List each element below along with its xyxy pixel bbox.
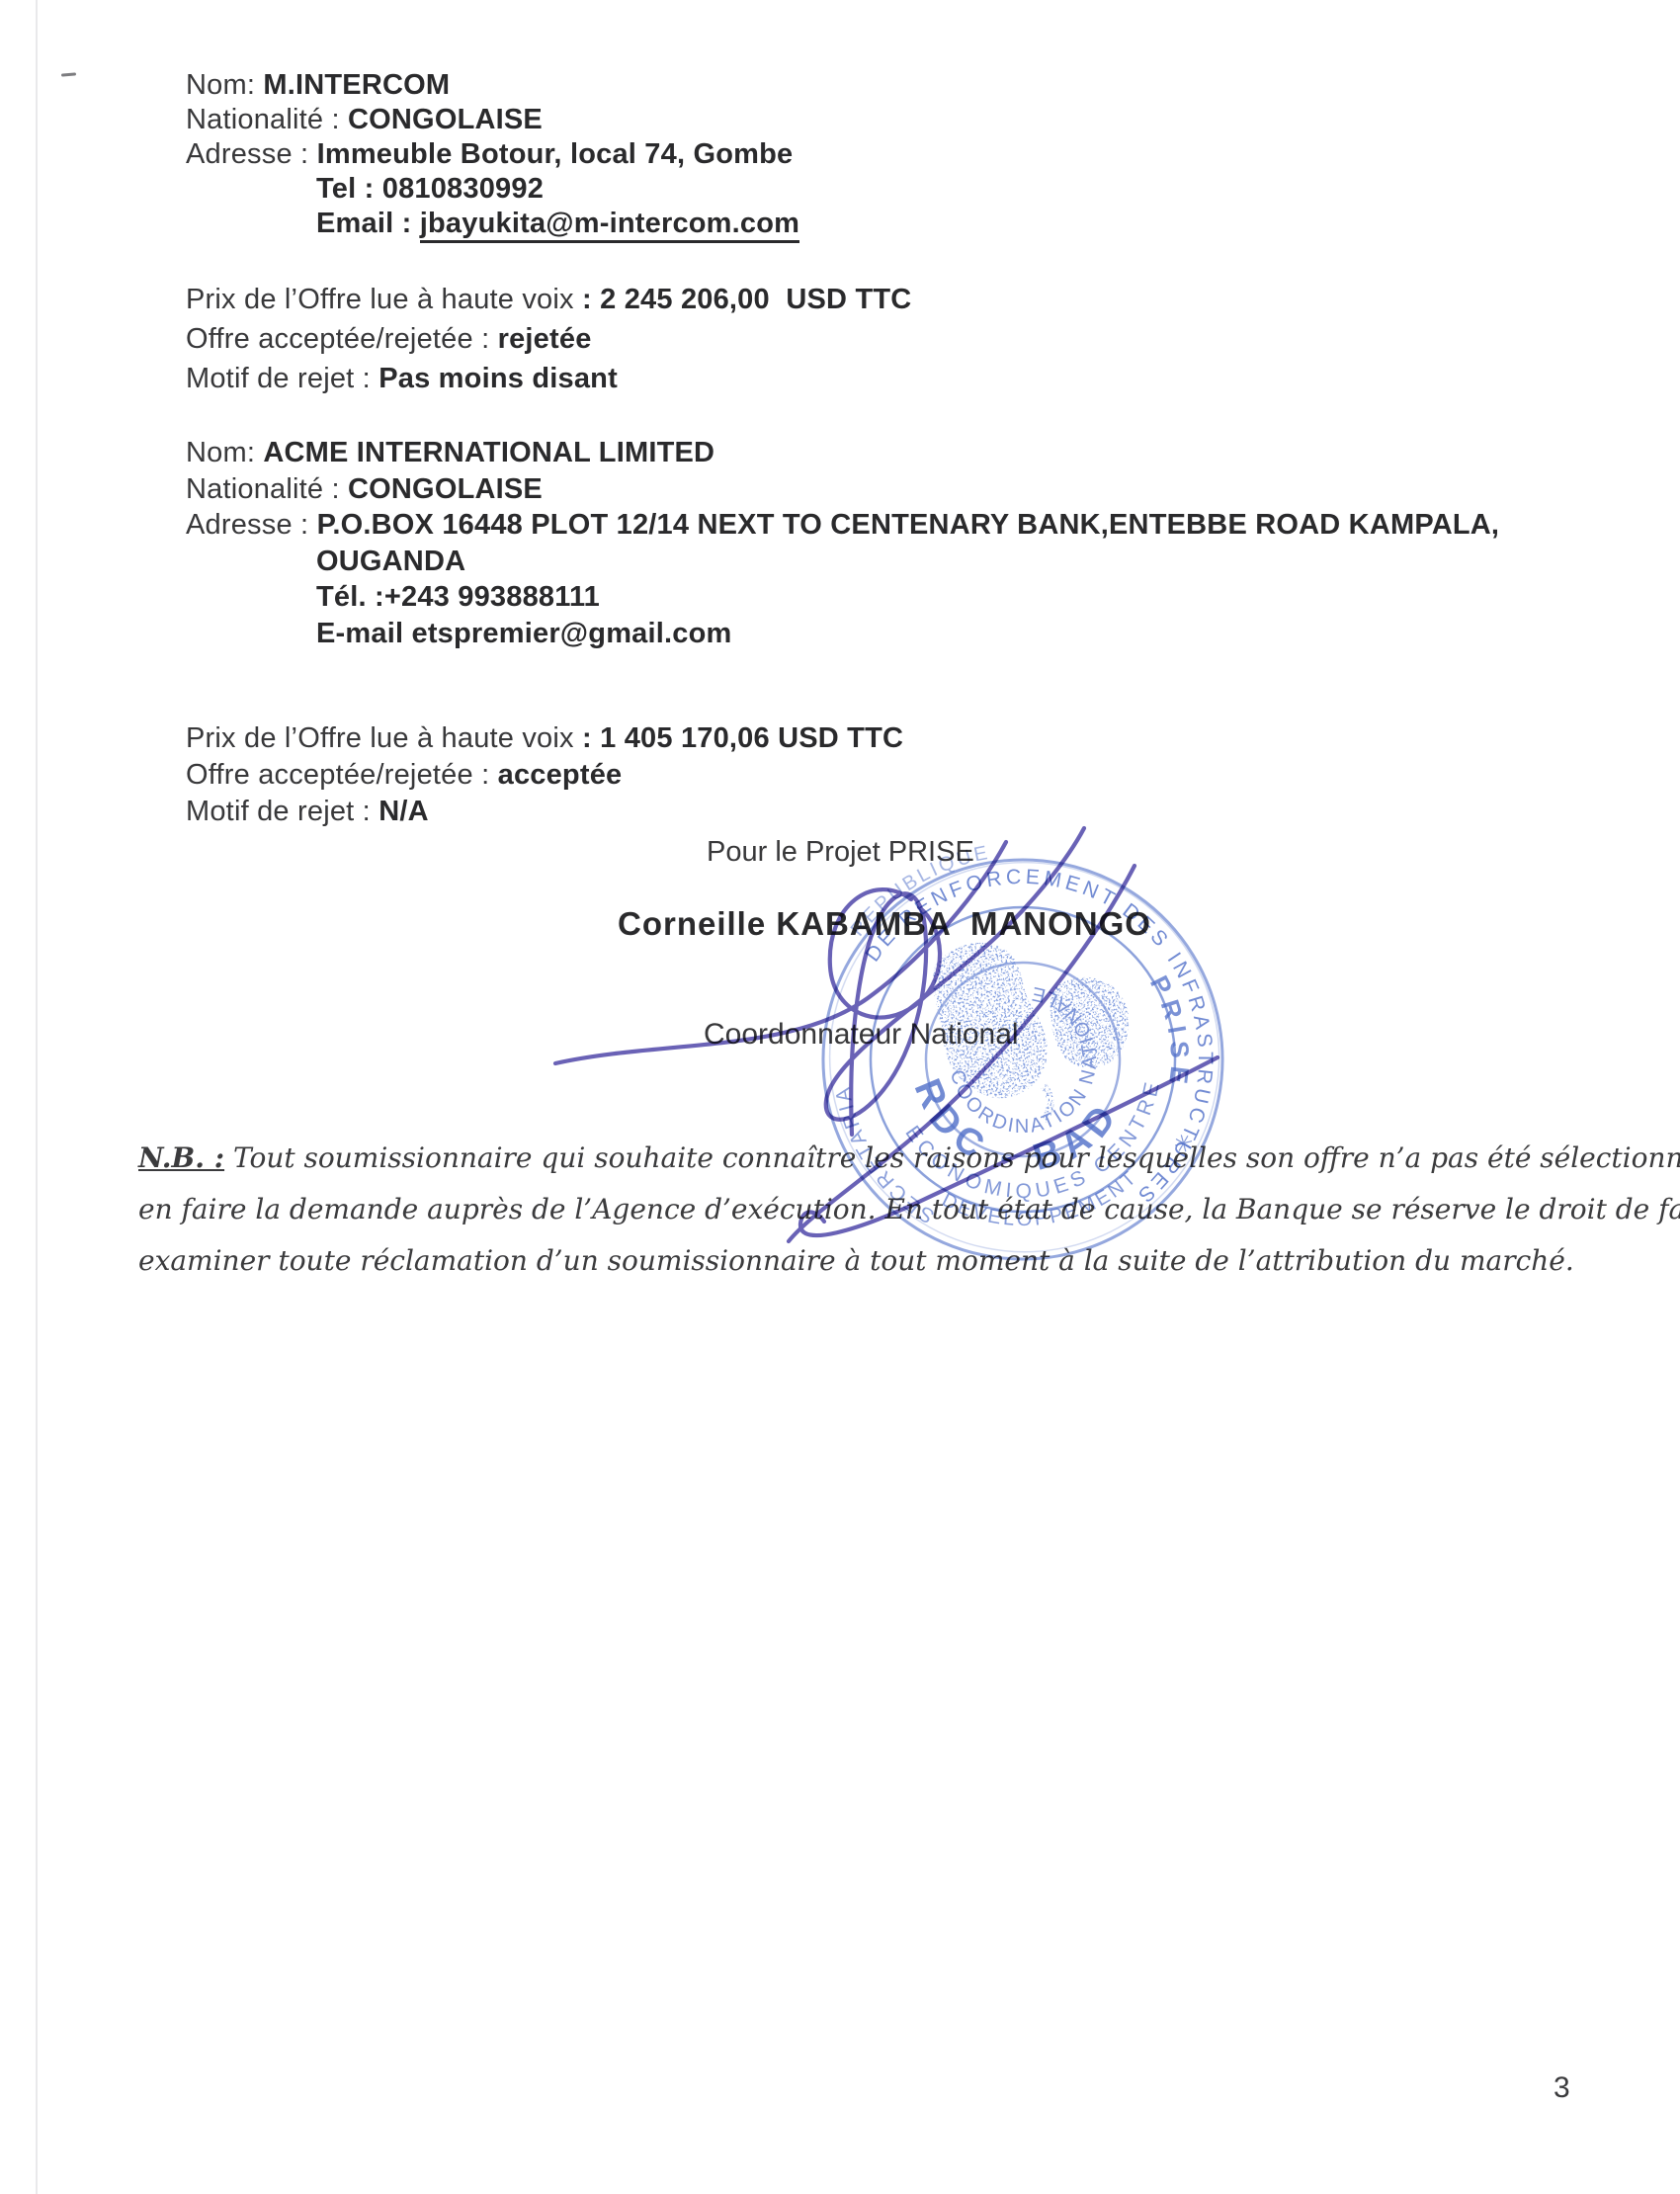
bidder1-reject-line: Motif de rejet : Pas moins disant: [186, 359, 911, 398]
scan-artifact-line: [36, 0, 38, 2194]
bidder1-decision-line: Offre acceptée/rejetée : rejetée: [186, 319, 911, 359]
nationality-value: CONGOLAISE: [348, 473, 543, 505]
address-value2: OUGANDA: [316, 546, 465, 577]
signature-stroke: [800, 1057, 1218, 1235]
nationality-label: Nationalité :: [186, 473, 340, 505]
name-value: ACME INTERNATIONAL LIMITED: [263, 437, 714, 468]
tel-value: +243 993888111: [384, 581, 600, 613]
price-label: Prix de l’Offre lue à haute voix: [186, 722, 574, 754]
bidder2-address-line2: OUGANDA: [316, 544, 1499, 580]
address-value: P.O.BOX 16448 PLOT 12/14 NEXT TO CENTENA…: [317, 509, 1500, 541]
signature-stroke: [826, 828, 1084, 1135]
price-label: Prix de l’Offre lue à haute voix: [186, 284, 574, 315]
signature-stroke: [789, 866, 1134, 1241]
email-value: etspremier@gmail.com: [412, 618, 732, 649]
decision-label: Offre acceptée/rejetée :: [186, 323, 489, 355]
bidder2-address-line: Adresse : P.O.BOX 16448 PLOT 12/14 NEXT …: [186, 507, 1499, 544]
tel-label: Tel :: [316, 173, 374, 205]
bidder2-decision-line: Offre acceptée/rejetée : acceptée: [186, 757, 903, 794]
page-number: 3: [1554, 2071, 1570, 2105]
bidder1-identity-block: Nom: M.INTERCOM Nationalité : CONGOLAISE…: [186, 68, 799, 241]
nationality-label: Nationalité :: [186, 104, 340, 135]
scanned-document-page: Nom: M.INTERCOM Nationalité : CONGOLAISE…: [0, 0, 1680, 2194]
price-value: : 2 245 206,00 USD TTC: [582, 284, 911, 315]
bidder1-email-line: Email : jbayukita@m-intercom.com: [316, 207, 799, 241]
bidder1-name-line: Nom: M.INTERCOM: [186, 68, 799, 103]
decision-label: Offre acceptée/rejetée :: [186, 759, 489, 791]
bidder1-tel-line: Tel : 0810830992: [316, 172, 799, 207]
decision-value: acceptée: [498, 759, 623, 791]
name-value: M.INTERCOM: [263, 69, 450, 101]
address-value: Immeuble Botour, local 74, Gombe: [317, 138, 794, 170]
email-value: jbayukita@m-intercom.com: [420, 208, 799, 243]
nb-label: N.B. :: [138, 1141, 224, 1174]
bidder2-identity-block: Nom: ACME INTERNATIONAL LIMITED National…: [186, 435, 1499, 651]
bidder1-nationality-line: Nationalité : CONGOLAISE: [186, 103, 799, 137]
bidder2-tel-line: Tél. :+243 993888111: [316, 579, 1499, 616]
address-label: Adresse :: [186, 138, 308, 170]
tel-value: 0810830992: [382, 173, 544, 205]
email-label: E-mail: [316, 618, 403, 649]
name-label: Nom:: [186, 69, 255, 101]
bidder1-address-line: Adresse : Immeuble Botour, local 74, Gom…: [186, 137, 799, 172]
reject-value: Pas moins disant: [378, 363, 618, 394]
nationality-value: CONGOLAISE: [348, 104, 543, 135]
decision-value: rejetée: [498, 323, 592, 355]
tel-label: Tél. :: [316, 581, 384, 613]
address-label: Adresse :: [186, 509, 308, 541]
email-label: Email :: [316, 208, 412, 239]
reject-label: Motif de rejet :: [186, 796, 371, 827]
bidder2-price-line: Prix de l’Offre lue à haute voix : 1 405…: [186, 720, 903, 757]
bidder2-nationality-line: Nationalité : CONGOLAISE: [186, 471, 1499, 508]
dash-mark: [61, 72, 76, 76]
bidder2-name-line: Nom: ACME INTERNATIONAL LIMITED: [186, 435, 1499, 471]
bidder2-email-line: E-mail etspremier@gmail.com: [316, 616, 1499, 652]
price-value: : 1 405 170,06 USD TTC: [582, 722, 903, 754]
name-label: Nom:: [186, 437, 255, 468]
reject-value: N/A: [378, 796, 429, 827]
reject-label: Motif de rejet :: [186, 363, 371, 394]
bidder1-result-block: Prix de l’Offre lue à haute voix : 2 245…: [186, 280, 911, 398]
signature-ink: [534, 808, 1255, 1283]
bidder1-price-line: Prix de l’Offre lue à haute voix : 2 245…: [186, 280, 911, 319]
